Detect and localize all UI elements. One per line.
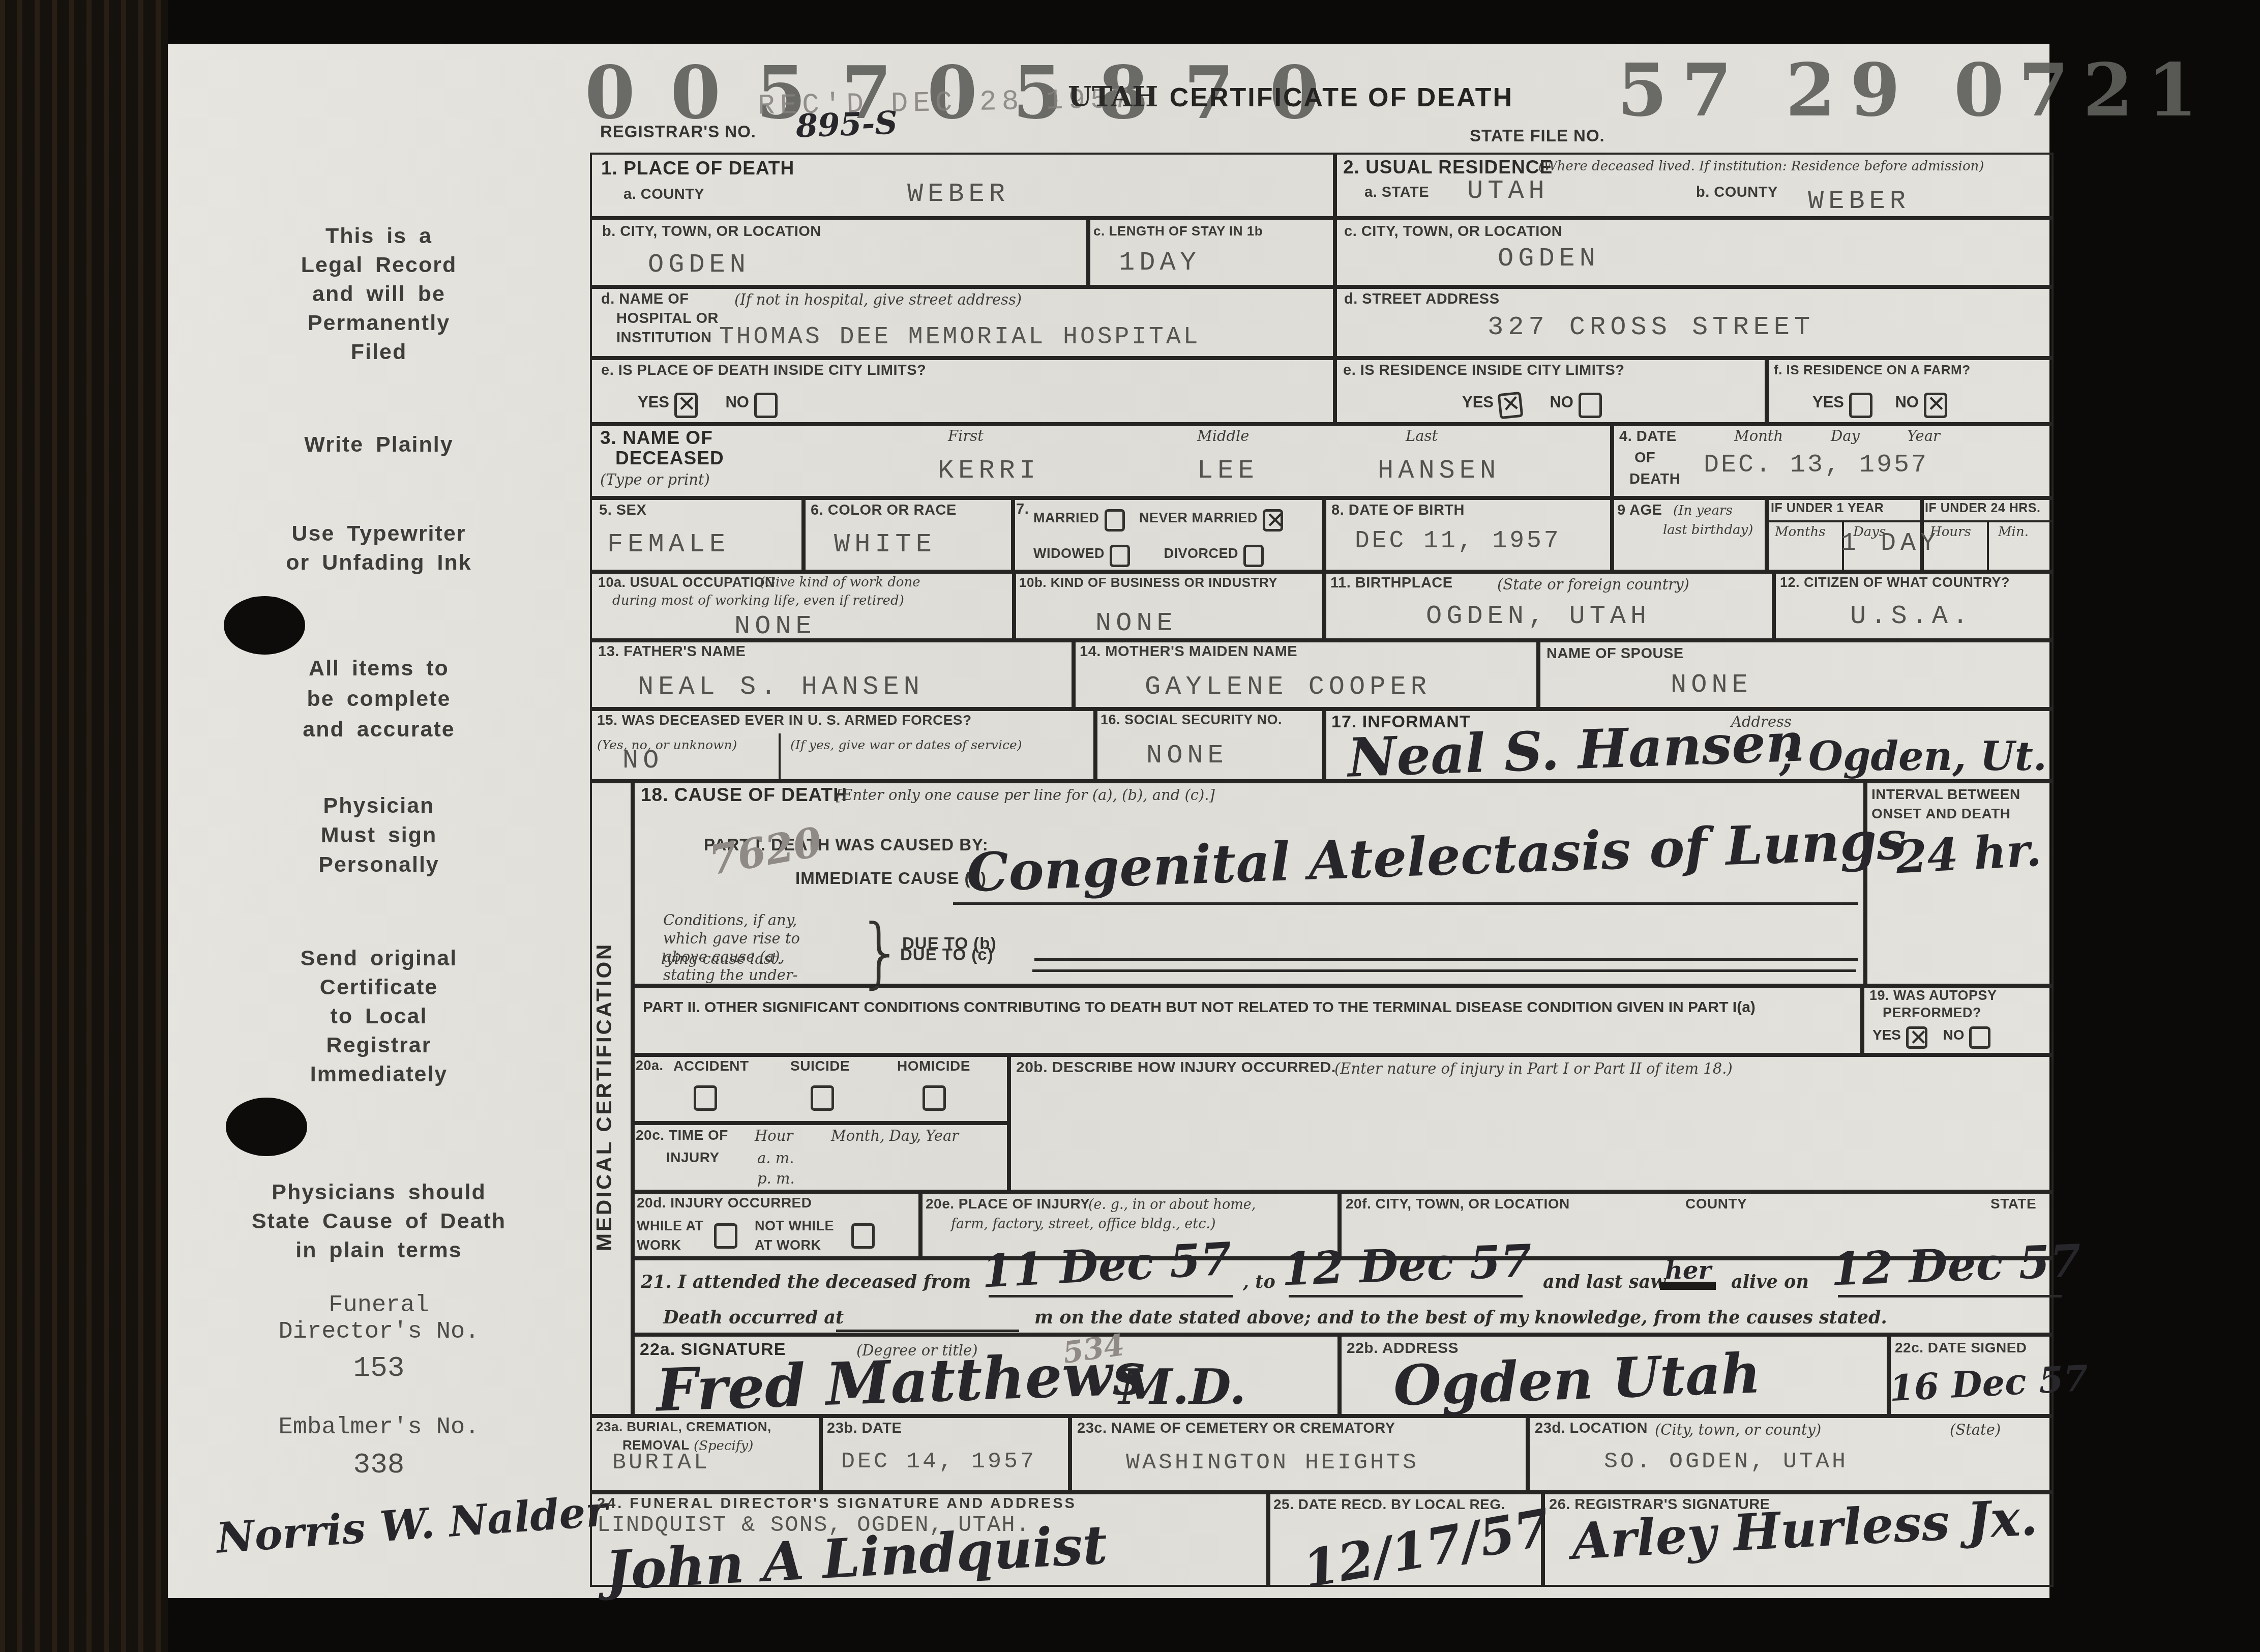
- margin-typewriter-2: or Unfading Ink: [168, 550, 590, 575]
- field-15-hint-2: (If yes, give war or dates of service): [790, 737, 1022, 752]
- field-3-last-header: Last: [1406, 427, 1438, 445]
- field-2d-value: 327 CROSS STREET: [1488, 312, 1815, 342]
- medical-certification-label: MEDICAL CERTIFICATION: [592, 781, 629, 1412]
- field-23b-label: 23b. DATE: [827, 1420, 902, 1437]
- field-20c-pm: p. m.: [757, 1170, 795, 1187]
- field-23b-value: DEC 14, 1957: [841, 1449, 1036, 1474]
- field-9-hint-2: last birthday): [1663, 522, 1753, 538]
- field-3-name-of-deceased: 3. NAME OF DECEASED (Type or print) Firs…: [590, 422, 1614, 500]
- field-spouse-label: NAME OF SPOUSE: [1547, 645, 1684, 662]
- field-20d-notwhile-checkbox: [851, 1223, 875, 1249]
- field-15-hint-1: (Yes, no, or unknown): [597, 737, 737, 752]
- field-2e-city-limits: e. IS RESIDENCE INSIDE CITY LIMITS? YES✕…: [1333, 356, 1769, 426]
- margin-legal-1: This is a: [168, 224, 590, 249]
- field-spouse-name: NAME OF SPOUSE NONE: [1536, 638, 2054, 711]
- field-2b-value: WEBER: [1808, 186, 1910, 216]
- field-9-label: 9 AGE: [1617, 502, 1662, 519]
- field-3-title-2: DECEASED: [615, 448, 724, 469]
- field-18-conditions-2: which gave rise to: [663, 930, 800, 947]
- field-20f-state-header: STATE: [1990, 1196, 2036, 1212]
- field-16-value: NONE: [1146, 741, 1228, 771]
- field-1e-options: YES✕ NO: [638, 393, 783, 418]
- field-23a-burial: 23a. BURIAL, CREMATION, REMOVAL (Specify…: [590, 1414, 823, 1494]
- field-2e-yes-label: YES: [1462, 393, 1494, 411]
- field-19-no-checkbox: [1969, 1026, 1990, 1049]
- field-1-title: 1. PLACE OF DEATH: [601, 158, 794, 179]
- field-2f-label: f. IS RESIDENCE ON A FARM?: [1774, 362, 1971, 378]
- field-2e-yes-checkbox: ✕: [1498, 392, 1524, 420]
- field-3-hint: (Type or print): [600, 471, 710, 488]
- field-6-value: WHITE: [834, 529, 936, 559]
- field-spouse-value: NONE: [1671, 670, 1752, 700]
- field-23b-date: 23b. DATE DEC 14, 1957: [819, 1414, 1072, 1494]
- field-1c-length-of-stay: c. LENGTH OF STAY IN 1b 1DAY: [1086, 216, 1337, 289]
- field-7-row-1: MARRIED NEVER MARRIED✕: [1033, 509, 1288, 532]
- field-21-pre: 21. I attended the deceased from: [641, 1272, 971, 1292]
- field-7-widowed-checkbox: [1110, 545, 1130, 567]
- field-18-title: 18. CAUSE OF DEATH: [641, 784, 847, 806]
- field-7-divorced-label: DIVORCED: [1164, 546, 1238, 561]
- field-18-due-to-c-label: DUE TO (c): [900, 945, 994, 964]
- field-4-title-3: DEATH: [1629, 471, 1680, 488]
- field-4-title-2: OF: [1634, 450, 1655, 466]
- hole-punch-bottom: [226, 1098, 307, 1156]
- margin-legal-4: Permanently: [168, 311, 590, 336]
- field-5-sex: 5. SEX FEMALE: [590, 496, 806, 574]
- field-20a-homicide-checkbox: [923, 1085, 946, 1111]
- margin-send-2: Certificate: [168, 975, 590, 1000]
- field-21-occurred-underline: [836, 1330, 1019, 1332]
- field-19-options: YES✕ NO: [1872, 1026, 1996, 1049]
- field-19-label-2: PERFORMED?: [1883, 1005, 1981, 1021]
- field-10a-occupation: 10a. USUAL OCCUPATION (Give kind of work…: [590, 570, 1016, 642]
- field-1b-label: b. CITY, TOWN, OR LOCATION: [602, 223, 821, 240]
- field-18-hint: [Enter only one cause per line for (a), …: [836, 786, 1215, 804]
- field-9-under-1-year-header: IF UNDER 1 YEAR: [1771, 501, 1884, 516]
- hole-punch-top: [224, 596, 305, 655]
- field-23c-cemetery: 23c. NAME OF CEMETERY OR CREMATORY WASHI…: [1068, 1414, 1530, 1494]
- field-6-color-or-race: 6. COLOR OR RACE WHITE: [801, 496, 1015, 574]
- field-2f-options: YES NO✕: [1812, 393, 1952, 418]
- field-7-married-label: MARRIED: [1033, 510, 1099, 525]
- field-15-divider: [779, 733, 781, 779]
- field-14-mother-maiden-name: 14. MOTHER'S MAIDEN NAME GAYLENE COOPER: [1072, 638, 1540, 711]
- field-18-conditions-5: lying cause last.: [661, 950, 782, 967]
- field-1-place-of-death: 1. PLACE OF DEATH a. COUNTY WEBER: [590, 153, 1337, 220]
- field-19-yes-mark: ✕: [1909, 1025, 1928, 1051]
- field-13-label: 13. FATHER'S NAME: [598, 643, 746, 660]
- field-4-year-header: Year: [1907, 427, 1940, 445]
- form-title-main: CERTIFICATE OF DEATH: [1170, 83, 1513, 112]
- field-22b-value: Ogden Utah: [1392, 1341, 1762, 1418]
- margin-plain-1: Physicians should: [168, 1180, 590, 1205]
- field-14-value: GAYLENE COOPER: [1145, 672, 1431, 702]
- field-7-never-married-label: NEVER MARRIED: [1139, 510, 1258, 525]
- field-7-never-married-mark: ✕: [1266, 508, 1285, 534]
- field-20c-mdy-header: Month, Day, Year: [831, 1127, 959, 1144]
- field-9-min-header: Min.: [1998, 524, 2029, 540]
- field-2-usual-residence: 2. USUAL RESIDENCE (Where deceased lived…: [1333, 153, 2054, 220]
- field-9-under-24-header: IF UNDER 24 HRS.: [1925, 501, 2040, 516]
- field-20f-label: 20f. CITY, TOWN, OR LOCATION: [1346, 1196, 1570, 1212]
- state-file-no-label: STATE FILE NO.: [1470, 126, 1605, 145]
- field-18-cause-underline: [953, 902, 1858, 905]
- field-22c-label: 22c. DATE SIGNED: [1895, 1340, 2027, 1356]
- funeral-director-no-label-2: Director's No.: [168, 1318, 590, 1345]
- field-5-value: FEMALE: [607, 529, 730, 559]
- field-15-armed-forces: 15. WAS DECEASED EVER IN U. S. ARMED FOR…: [590, 707, 1097, 783]
- medical-certification-strip: MEDICAL CERTIFICATION: [590, 779, 635, 1418]
- field-2e-options: YES✕ NO: [1462, 393, 1607, 418]
- field-3-last-value: HANSEN: [1378, 456, 1500, 486]
- field-17-address-value: ; Ogden, Ut.: [1780, 733, 2047, 780]
- field-20e-hint-1: (e. g., in or about home,: [1088, 1197, 1256, 1213]
- scan-right-border: [2049, 0, 2260, 1652]
- field-22a-degree: M.D.: [1119, 1359, 1246, 1415]
- field-20b-hint: (Enter nature of injury in Part I or Par…: [1334, 1060, 1733, 1077]
- field-23a-value: BURIAL: [612, 1450, 710, 1476]
- field-1e-yes-mark: ✕: [677, 391, 696, 417]
- field-20c-label-2: INJURY: [666, 1149, 720, 1166]
- field-21-alive: alive on: [1731, 1272, 1809, 1292]
- field-3-first-value: KERRI: [938, 456, 1040, 486]
- field-16-social-security: 16. SOCIAL SECURITY NO. NONE: [1093, 707, 1326, 783]
- embalmer-no-label: Embalmer's No.: [168, 1414, 590, 1441]
- field-1e-no-checkbox: [754, 393, 778, 418]
- margin-legal-3: and will be: [168, 282, 590, 307]
- field-20a-suicide-checkbox: [811, 1085, 834, 1111]
- embalmer-no-value: 338: [168, 1449, 590, 1481]
- field-9-age: 9 AGE (In years last birthday): [1610, 496, 1769, 574]
- margin-send-5: Immediately: [168, 1062, 590, 1087]
- margin-legal-5: Filed: [168, 340, 590, 365]
- field-12-citizen: 12. CITIZEN OF WHAT COUNTRY? U.S.A.: [1772, 570, 2054, 642]
- field-11-hint: (State or foreign country): [1497, 576, 1689, 593]
- field-23d-state-hint: (State): [1950, 1421, 2001, 1438]
- field-11-birthplace: 11. BIRTHPLACE (State or foreign country…: [1322, 570, 1776, 642]
- field-20a-number: 20a.: [636, 1058, 664, 1074]
- field-4-title-1: 4. DATE: [1619, 428, 1677, 445]
- field-20d-while-checkbox: [714, 1223, 737, 1249]
- margin-send-1: Send original: [168, 946, 590, 971]
- field-1e-yes-checkbox: ✕: [674, 393, 698, 418]
- scan-bottom-border: [168, 1598, 2049, 1652]
- field-15-label: 15. WAS DECEASED EVER IN U. S. ARMED FOR…: [597, 712, 972, 728]
- field-18-due-c-underline: [1032, 969, 1856, 972]
- field-20b-label: 20b. DESCRIBE HOW INJURY OCCURRED.: [1016, 1059, 1336, 1076]
- field-9-hint-1: (In years: [1673, 503, 1733, 518]
- field-1e-no-label: NO: [725, 393, 749, 411]
- field-21-her: her: [1665, 1256, 1711, 1285]
- field-23d-location: 23d. LOCATION (City, town, or county) (S…: [1526, 1414, 2054, 1494]
- field-20d-injury-occurred: 20d. INJURY OCCURRED WHILE AT WORK NOT W…: [631, 1190, 923, 1260]
- field-23c-value: WASHINGTON HEIGHTS: [1126, 1450, 1419, 1476]
- field-7-never-married-checkbox: ✕: [1263, 509, 1283, 532]
- field-2c-label: c. CITY, TOWN, OR LOCATION: [1344, 223, 1562, 240]
- field-18-due-b-underline: [1034, 958, 1858, 961]
- field-16-label: 16. SOCIAL SECURITY NO.: [1101, 712, 1282, 728]
- field-4-day-header: Day: [1831, 427, 1860, 445]
- field-3-first-header: First: [948, 427, 984, 445]
- field-1d-hint: (If not in hospital, give street address…: [734, 291, 1022, 308]
- margin-physician-1: Physician: [168, 793, 590, 818]
- field-20d-label: 20d. INJURY OCCURRED: [637, 1195, 812, 1211]
- field-21-line2a: Death occurred at: [663, 1307, 844, 1328]
- field-23d-label: 23d. LOCATION: [1535, 1420, 1648, 1437]
- field-1c-value: 1DAY: [1119, 248, 1201, 278]
- margin-write-plainly: Write Plainly: [168, 432, 590, 457]
- field-3-middle-value: LEE: [1197, 456, 1259, 486]
- margin-items-3: and accurate: [168, 717, 590, 742]
- field-1e-city-limits: e. IS PLACE OF DEATH INSIDE CITY LIMITS?…: [590, 356, 1337, 426]
- field-24-label: 24. FUNERAL DIRECTOR'S SIGNATURE AND ADD…: [597, 1495, 1077, 1512]
- field-19-yes-checkbox: ✕: [1906, 1026, 1927, 1049]
- field-7-row-2: WIDOWED DIVORCED: [1033, 545, 1269, 567]
- field-21-line2b: m on the date stated above; and to the b…: [1034, 1307, 1887, 1328]
- field-2a-label: a. STATE: [1364, 184, 1429, 201]
- field-7-number: 7.: [1016, 501, 1029, 518]
- field-18-conditions-1: Conditions, if any,: [663, 911, 797, 929]
- field-2c-city: c. CITY, TOWN, OR LOCATION OGDEN: [1333, 216, 2054, 289]
- field-18-interval-value: 24 hr.: [1894, 823, 2042, 884]
- field-1b-city: b. CITY, TOWN, OR LOCATION OGDEN: [590, 216, 1090, 289]
- field-20e-label: 20e. PLACE OF INJURY: [926, 1196, 1090, 1212]
- funeral-director-no-value: 153: [168, 1352, 590, 1384]
- field-10b-value: NONE: [1095, 608, 1177, 638]
- field-12-label: 12. CITIZEN OF WHAT COUNTRY?: [1780, 575, 2010, 591]
- field-19-yes-label: YES: [1872, 1027, 1901, 1043]
- field-2d-label: d. STREET ADDRESS: [1344, 291, 1500, 308]
- funeral-director-no-label-1: Funeral: [168, 1292, 590, 1319]
- field-3-title-1: 3. NAME OF: [600, 427, 713, 449]
- field-20f-county-header: COUNTY: [1685, 1196, 1747, 1212]
- field-13-value: NEAL S. HANSEN: [638, 672, 924, 702]
- field-10a-hint-2: during most of working life, even if ret…: [612, 593, 904, 608]
- field-2e-yes-mark: ✕: [1500, 390, 1522, 418]
- field-18-part2-label: PART II. OTHER SIGNIFICANT CONDITIONS CO…: [643, 999, 1756, 1016]
- field-3-middle-header: Middle: [1197, 427, 1250, 445]
- field-11-value: OGDEN, UTAH: [1426, 601, 1651, 631]
- field-1d-label-1: d. NAME OF: [601, 291, 689, 308]
- field-1d-label-2: HOSPITAL OR: [616, 310, 719, 327]
- field-2-hint: (Where deceased lived. If institution: R…: [1538, 159, 1984, 174]
- field-20c-time-of-injury: 20c. TIME OF INJURY Hour Month, Day, Yea…: [631, 1121, 1011, 1194]
- field-18-immediate-cause-label: IMMEDIATE CAUSE (a): [795, 869, 987, 888]
- field-7-married-checkbox: [1105, 509, 1125, 532]
- field-20a-suicide-label: SUICIDE: [790, 1058, 850, 1074]
- field-2a-value: UTAH: [1467, 176, 1549, 206]
- field-19-autopsy: 19. WAS AUTOPSY PERFORMED? YES✕ NO: [1860, 984, 2054, 1057]
- field-7-marital-status: 7. MARRIED NEVER MARRIED✕ WIDOWED DIVORC…: [1011, 496, 1326, 574]
- field-20c-hour-header: Hour: [755, 1127, 793, 1144]
- field-2-title: 2. USUAL RESIDENCE: [1343, 157, 1553, 178]
- form-title-state: UTAH: [1068, 80, 1158, 113]
- field-10b-business: 10b. KIND OF BUSINESS OR INDUSTRY NONE: [1012, 570, 1326, 642]
- field-19-no-label: NO: [1943, 1027, 1964, 1043]
- margin-legal-2: Legal Record: [168, 253, 590, 278]
- margin-plain-3: in plain terms: [168, 1238, 590, 1263]
- field-23d-value: SO. OGDEN, UTAH: [1604, 1449, 1848, 1474]
- field-10a-hint-1: (Give kind of work done: [760, 575, 920, 590]
- field-4-month-header: Month: [1734, 427, 1783, 445]
- field-20a-accident-suicide-homicide: 20a. ACCIDENT SUICIDE HOMICIDE: [631, 1053, 1011, 1125]
- field-2f-yes-checkbox: [1849, 393, 1872, 418]
- field-13-father-name: 13. FATHER'S NAME NEAL S. HANSEN: [590, 638, 1076, 711]
- field-21-lastdate-underline: [1838, 1295, 2062, 1297]
- field-1c-label: c. LENGTH OF STAY IN 1b: [1093, 223, 1263, 239]
- scan-left-border: [0, 0, 168, 1652]
- field-6-label: 6. COLOR OR RACE: [811, 502, 957, 519]
- field-2f-yes-label: YES: [1812, 393, 1844, 411]
- field-2f-no-mark: ✕: [1927, 391, 1946, 417]
- margin-physician-3: Personally: [168, 852, 590, 877]
- field-23c-label: 23c. NAME OF CEMETERY OR CREMATORY: [1077, 1420, 1395, 1437]
- field-20d-notwhile-1: NOT WHILE: [755, 1218, 834, 1234]
- field-21-to-label: , to: [1243, 1272, 1275, 1292]
- form-title: UTAH CERTIFICATE OF DEATH: [1068, 80, 1513, 113]
- field-20b-describe-injury: 20b. DESCRIBE HOW INJURY OCCURRED. (Ente…: [1007, 1053, 2054, 1194]
- field-2c-value: OGDEN: [1498, 244, 1600, 274]
- margin-items-1: All items to: [168, 656, 590, 681]
- field-1b-value: OGDEN: [648, 250, 750, 280]
- field-10a-label: 10a. USUAL OCCUPATION: [598, 575, 775, 591]
- field-20a-accident-label: ACCIDENT: [673, 1058, 749, 1074]
- margin-physician-2: Must sign: [168, 823, 590, 848]
- field-21-to-value: 12 Dec 57: [1281, 1234, 1532, 1295]
- field-1a-label: a. COUNTY: [623, 186, 704, 203]
- margin-items-2: be complete: [168, 687, 590, 712]
- field-21-lastdate-value: 12 Dec 57: [1830, 1234, 2081, 1295]
- field-1d-label-3: INSTITUTION: [616, 330, 712, 346]
- field-1d-hospital: d. NAME OF HOSPITAL OR INSTITUTION (If n…: [590, 285, 1337, 360]
- field-1d-value: THOMAS DEE MEMORIAL HOSPITAL: [719, 323, 1201, 351]
- field-12-value: U.S.A.: [1850, 601, 1973, 631]
- field-10b-label: 10b. KIND OF BUSINESS OR INDUSTRY: [1019, 575, 1277, 591]
- field-11-label: 11. BIRTHPLACE: [1330, 575, 1453, 592]
- field-9-under-1-divider: [1767, 520, 1922, 522]
- field-10a-value: NONE: [734, 611, 816, 641]
- field-1a-value: WEBER: [907, 179, 1009, 209]
- field-20d-while-2: WORK: [637, 1237, 681, 1253]
- field-18-interval-header-1: INTERVAL BETWEEN: [1871, 786, 2020, 803]
- field-2f-no-label: NO: [1895, 393, 1919, 411]
- field-20a-homicide-label: HOMICIDE: [897, 1058, 970, 1074]
- field-2b-label: b. COUNTY: [1696, 184, 1778, 201]
- margin-send-4: Registrar: [168, 1033, 590, 1058]
- field-20a-accident-checkbox: [694, 1085, 717, 1111]
- field-1e-label: e. IS PLACE OF DEATH INSIDE CITY LIMITS?: [601, 362, 926, 379]
- field-23d-hint: (City, town, or county): [1655, 1421, 1821, 1438]
- field-20d-notwhile-2: AT WORK: [755, 1237, 821, 1253]
- field-14-label: 14. MOTHER'S MAIDEN NAME: [1080, 643, 1297, 660]
- field-5-label: 5. SEX: [599, 502, 646, 519]
- field-9-value: 1 DAY: [1841, 529, 1940, 558]
- field-19-label-1: 19. WAS AUTOPSY: [1869, 988, 1997, 1004]
- field-20c-label-1: 20c. TIME OF: [636, 1127, 728, 1143]
- field-20c-am: a. m.: [757, 1149, 794, 1167]
- field-2e-label: e. IS RESIDENCE INSIDE CITY LIMITS?: [1343, 362, 1625, 379]
- margin-plain-2: State Cause of Death: [168, 1209, 590, 1234]
- margin-send-3: to Local: [168, 1004, 590, 1029]
- field-20e-hint-2: farm, factory, street, office bldg., etc…: [951, 1216, 1215, 1232]
- field-4-date-of-death: 4. DATE OF DEATH Month Day Year DEC. 13,…: [1610, 422, 2054, 500]
- field-15-value: NO: [622, 746, 663, 776]
- margin-typewriter-1: Use Typewriter: [168, 521, 590, 546]
- field-9-months-header: Months: [1775, 524, 1826, 540]
- field-2d-street-address: d. STREET ADDRESS 327 CROSS STREET: [1333, 285, 2054, 360]
- field-21-lastsaw: and last saw: [1543, 1272, 1666, 1292]
- field-7-widowed-label: WIDOWED: [1033, 546, 1105, 561]
- field-8-label: 8. DATE OF BIRTH: [1331, 502, 1465, 519]
- field-21-strikethrough: [1660, 1282, 1716, 1290]
- field-8-value: DEC 11, 1957: [1355, 527, 1561, 555]
- field-20d-while-1: WHILE AT: [637, 1218, 703, 1234]
- field-7-divorced-checkbox: [1243, 545, 1264, 567]
- field-18-part2: PART II. OTHER SIGNIFICANT CONDITIONS CO…: [631, 984, 1864, 1057]
- state-file-number-stamp: 57 29 0721: [1617, 48, 2212, 133]
- field-2f-no-checkbox: ✕: [1924, 393, 1947, 418]
- field-4-value: DEC. 13, 1957: [1704, 451, 1928, 480]
- registrar-no-label: REGISTRAR'S NO.: [600, 122, 756, 141]
- field-1e-yes-label: YES: [638, 393, 669, 411]
- field-8-date-of-birth: 8. DATE OF BIRTH DEC 11, 1957: [1322, 496, 1614, 574]
- field-18-conditions-4: stating the under-: [663, 966, 798, 984]
- scan-top-border: [168, 0, 2057, 44]
- field-2e-no-checkbox: [1579, 393, 1602, 418]
- field-2e-no-label: NO: [1550, 393, 1573, 411]
- field-2f-farm: f. IS RESIDENCE ON A FARM? YES NO✕: [1765, 356, 2054, 426]
- registrar-no-value: 895-S: [795, 104, 898, 145]
- field-21-to-underline: [1289, 1295, 1523, 1297]
- field-9-hours-min-divider: [1987, 520, 1989, 570]
